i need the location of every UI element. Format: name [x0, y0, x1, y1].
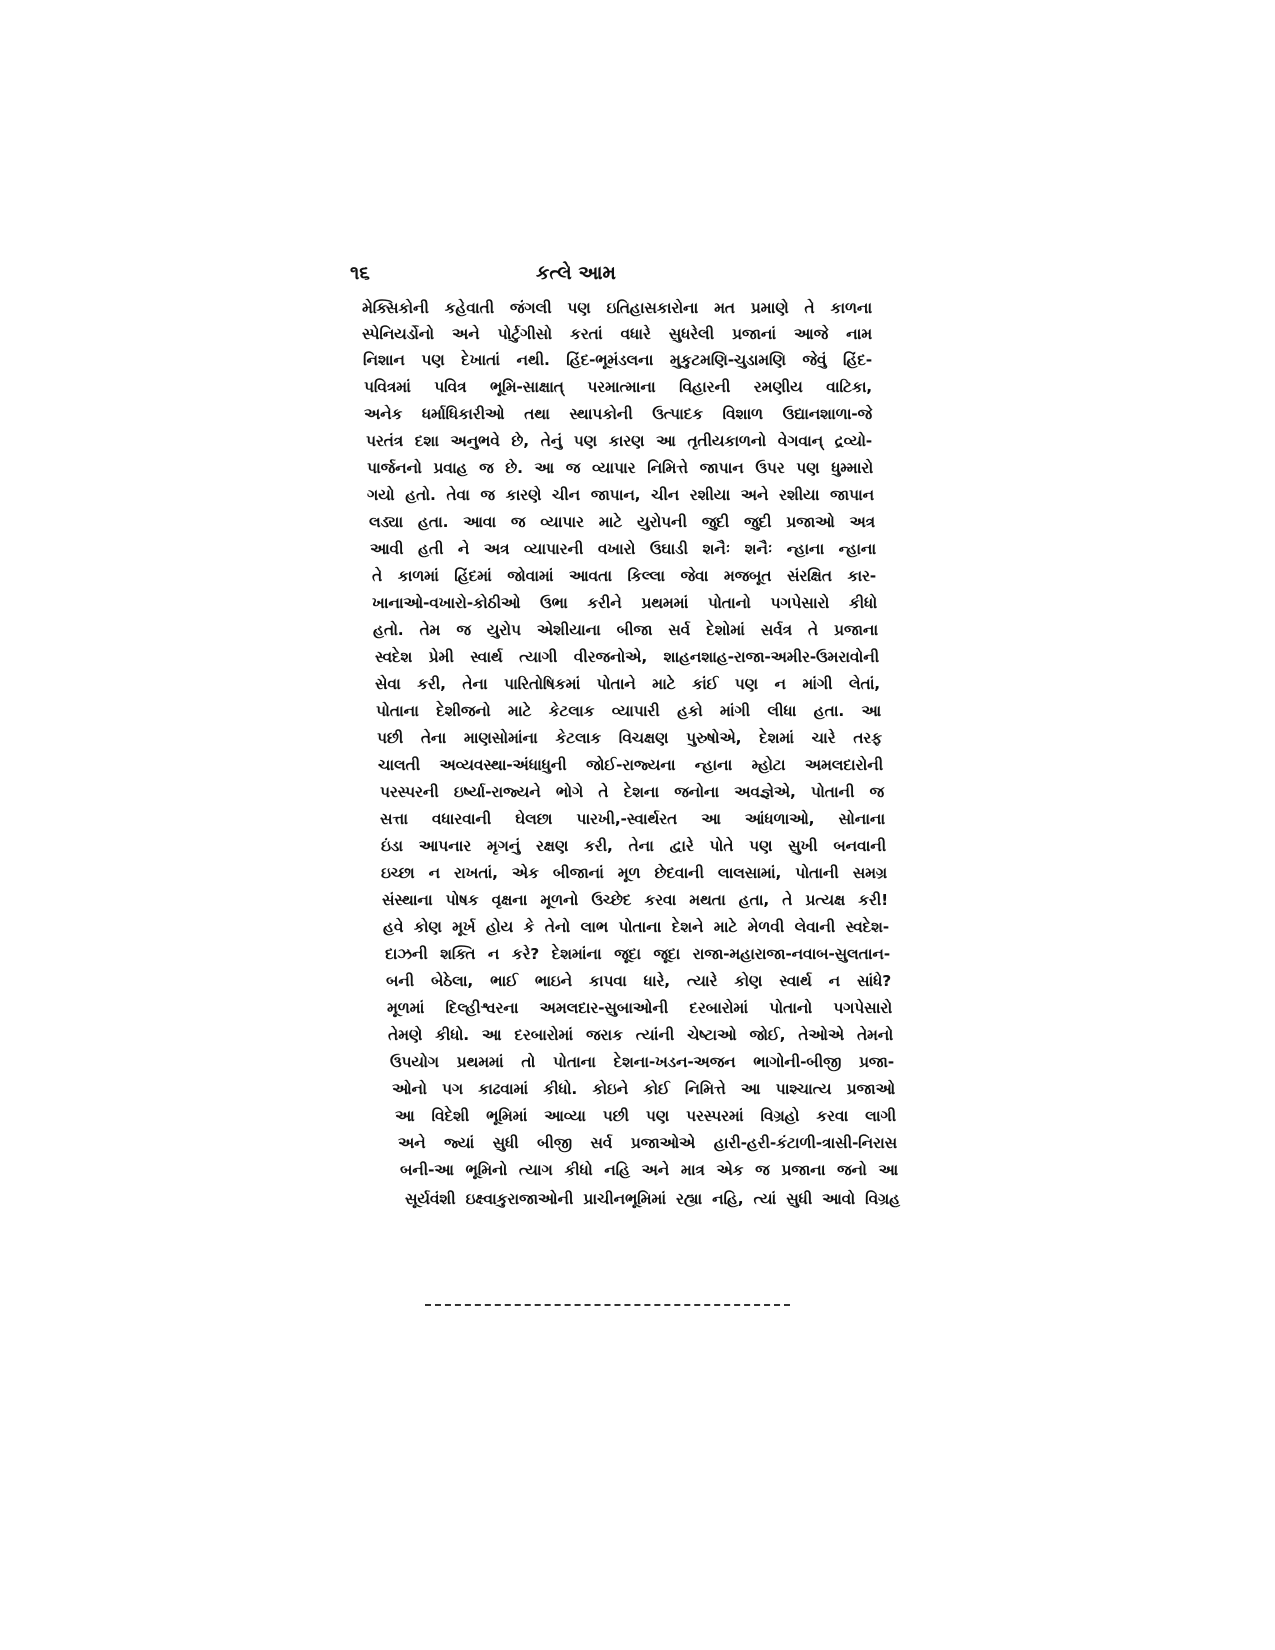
- text-line: સ્પેનિયર્ડોનો અને પોર્ટુગીસો કરતાં વધારે…: [362, 324, 872, 344]
- text-line: તે કાળમાં હિંદમાં જોવામાં આવતા કિલ્લા જે…: [372, 566, 876, 586]
- text-line: અનેક ધર્માધિકારીઓ તથા સ્થાપકોની ઉત્પાદક …: [364, 404, 872, 424]
- text-line: ખાનાઓ-વખારો-કોઠીઓ ઉભા કરીને પ્રથમમાં પોત…: [372, 593, 877, 613]
- text-line: આવી હતી ને અત્ર વ્યાપારની વખારો ઉઘાડી શન…: [370, 539, 876, 559]
- text-line: મૂળમાં દિલ્હીશ્વરના અમલદાર-સુબાઓની દરબાર…: [387, 998, 892, 1018]
- text-line: સેવા કરી, તેના પારિતોષિકમાં પોતાને માટે …: [375, 674, 880, 694]
- text-line: ચાલતી અવ્યવસ્થા-અંધાધુની જોઈ-રાજ્યના ન્હ…: [378, 755, 883, 775]
- text-line: ઉપયોગ પ્રથમમાં તો પોતાના દેશના-ખડન-અજન ભ…: [390, 1052, 894, 1072]
- text-line: બની બેઠેલા, ભાઈ ભાઇને કાપવા ધારે, ત્યારે…: [386, 971, 891, 991]
- text-line: ગયો હતો. તેવા જ કારણે ચીન જાપાન, ચીન રશી…: [367, 485, 874, 505]
- page-header: ૧૬ કત્લે આમ: [350, 262, 870, 292]
- text-line: પરતંત્ર દશા અનુભવે છે, તેનું પણ કારણ આ ત…: [366, 431, 872, 451]
- text-line: નિશાન પણ દેખાતાં નથી. હિંદ-ભૂમંડલના મુકુ…: [363, 350, 872, 370]
- text-line: હતો. તેમ જ યુરોપ એશીયાના બીજા સર્વ દેશોમ…: [373, 620, 878, 640]
- text-line: પવિત્રમાં પવિત્ર ભૂમિ-સાક્ષાત્ પરમાત્માન…: [364, 377, 872, 397]
- text-line: આ વિદેશી ભૂમિમાં આવ્યા પછી પણ પરસ્પરમાં …: [395, 1106, 896, 1126]
- text-line: લડ્યા હતા. આવા જ વ્યાપાર માટે યુરોપની જુ…: [369, 512, 875, 532]
- scanned-book-page: ૧૬ કત્લે આમ મેક્સિકોની કહેવાતી જંગલી પણ …: [0, 0, 1275, 1650]
- text-line: ઇંડા આપનાર મૃગનું રક્ષણ કરી, તેના દ્વારે…: [381, 836, 886, 856]
- text-line: અને જ્યાં સુધી બીજી સર્વ પ્રજાઓએ હારી-હર…: [398, 1133, 897, 1153]
- running-title: કત્લે આમ: [536, 262, 616, 284]
- text-line: સત્તા વધારવાની ઘેલછા પારખી,-સ્વાર્થરત આ …: [380, 809, 885, 829]
- text-line: બની-આ ભૂમિનો ત્યાગ કીધો નહિ અને માત્ર એક…: [400, 1160, 898, 1180]
- text-line: દાઝની શક્તિ ન કરે? દેશમાંના જૂદા જૂદા રા…: [385, 944, 890, 964]
- text-line: પછી તેના માણસોમાંના કેટલાક વિચક્ષણ પુરુષ…: [377, 728, 882, 748]
- text-line: હવે કોણ મૂર્ખ હોય કે તેનો લાભ પોતાના દેશ…: [383, 917, 889, 937]
- text-line: પોતાના દેશીજનો માટે કેટલાક વ્યાપારી હકો …: [376, 701, 881, 721]
- page-number: ૧૬: [350, 262, 370, 284]
- text-line: તેમણે કીધો. આ દરબારોમાં જરાક ત્યાંની ચેષ…: [388, 1025, 893, 1045]
- text-line: સૂર્યવંશી ઇક્ષ્વાકુરાજાઓની પ્રાચીનભૂમિમા…: [405, 1189, 900, 1209]
- text-line: સંસ્થાના પોષક વૃક્ષના મૂળનો ઉચ્છેદ કરવા …: [382, 890, 888, 910]
- text-line: ઓનો પગ કાઢવામાં કીધો. કોઇને કોઈ નિમિત્તે…: [392, 1079, 895, 1099]
- text-line: પાર્જનનો પ્રવાહ જ છે. આ જ વ્યાપાર નિમિત્…: [367, 458, 873, 478]
- footer-separator-line: [425, 1304, 790, 1306]
- text-line: સ્વદેશ પ્રેમી સ્વાર્થ ત્યાગી વીરજનોએ, શા…: [375, 647, 879, 667]
- text-line: પરસ્પરની ઇર્ષ્યા-રાજ્યને ભોગે તે દેશના જ…: [380, 782, 884, 802]
- text-line: ઇચ્છા ન રાખતાં, એક બીજાનાં મૂળ છેદવાની લ…: [381, 863, 887, 883]
- text-line: મેક્સિકોની કહેવાતી જંગલી પણ ઇતિહાસકારોના…: [362, 298, 872, 318]
